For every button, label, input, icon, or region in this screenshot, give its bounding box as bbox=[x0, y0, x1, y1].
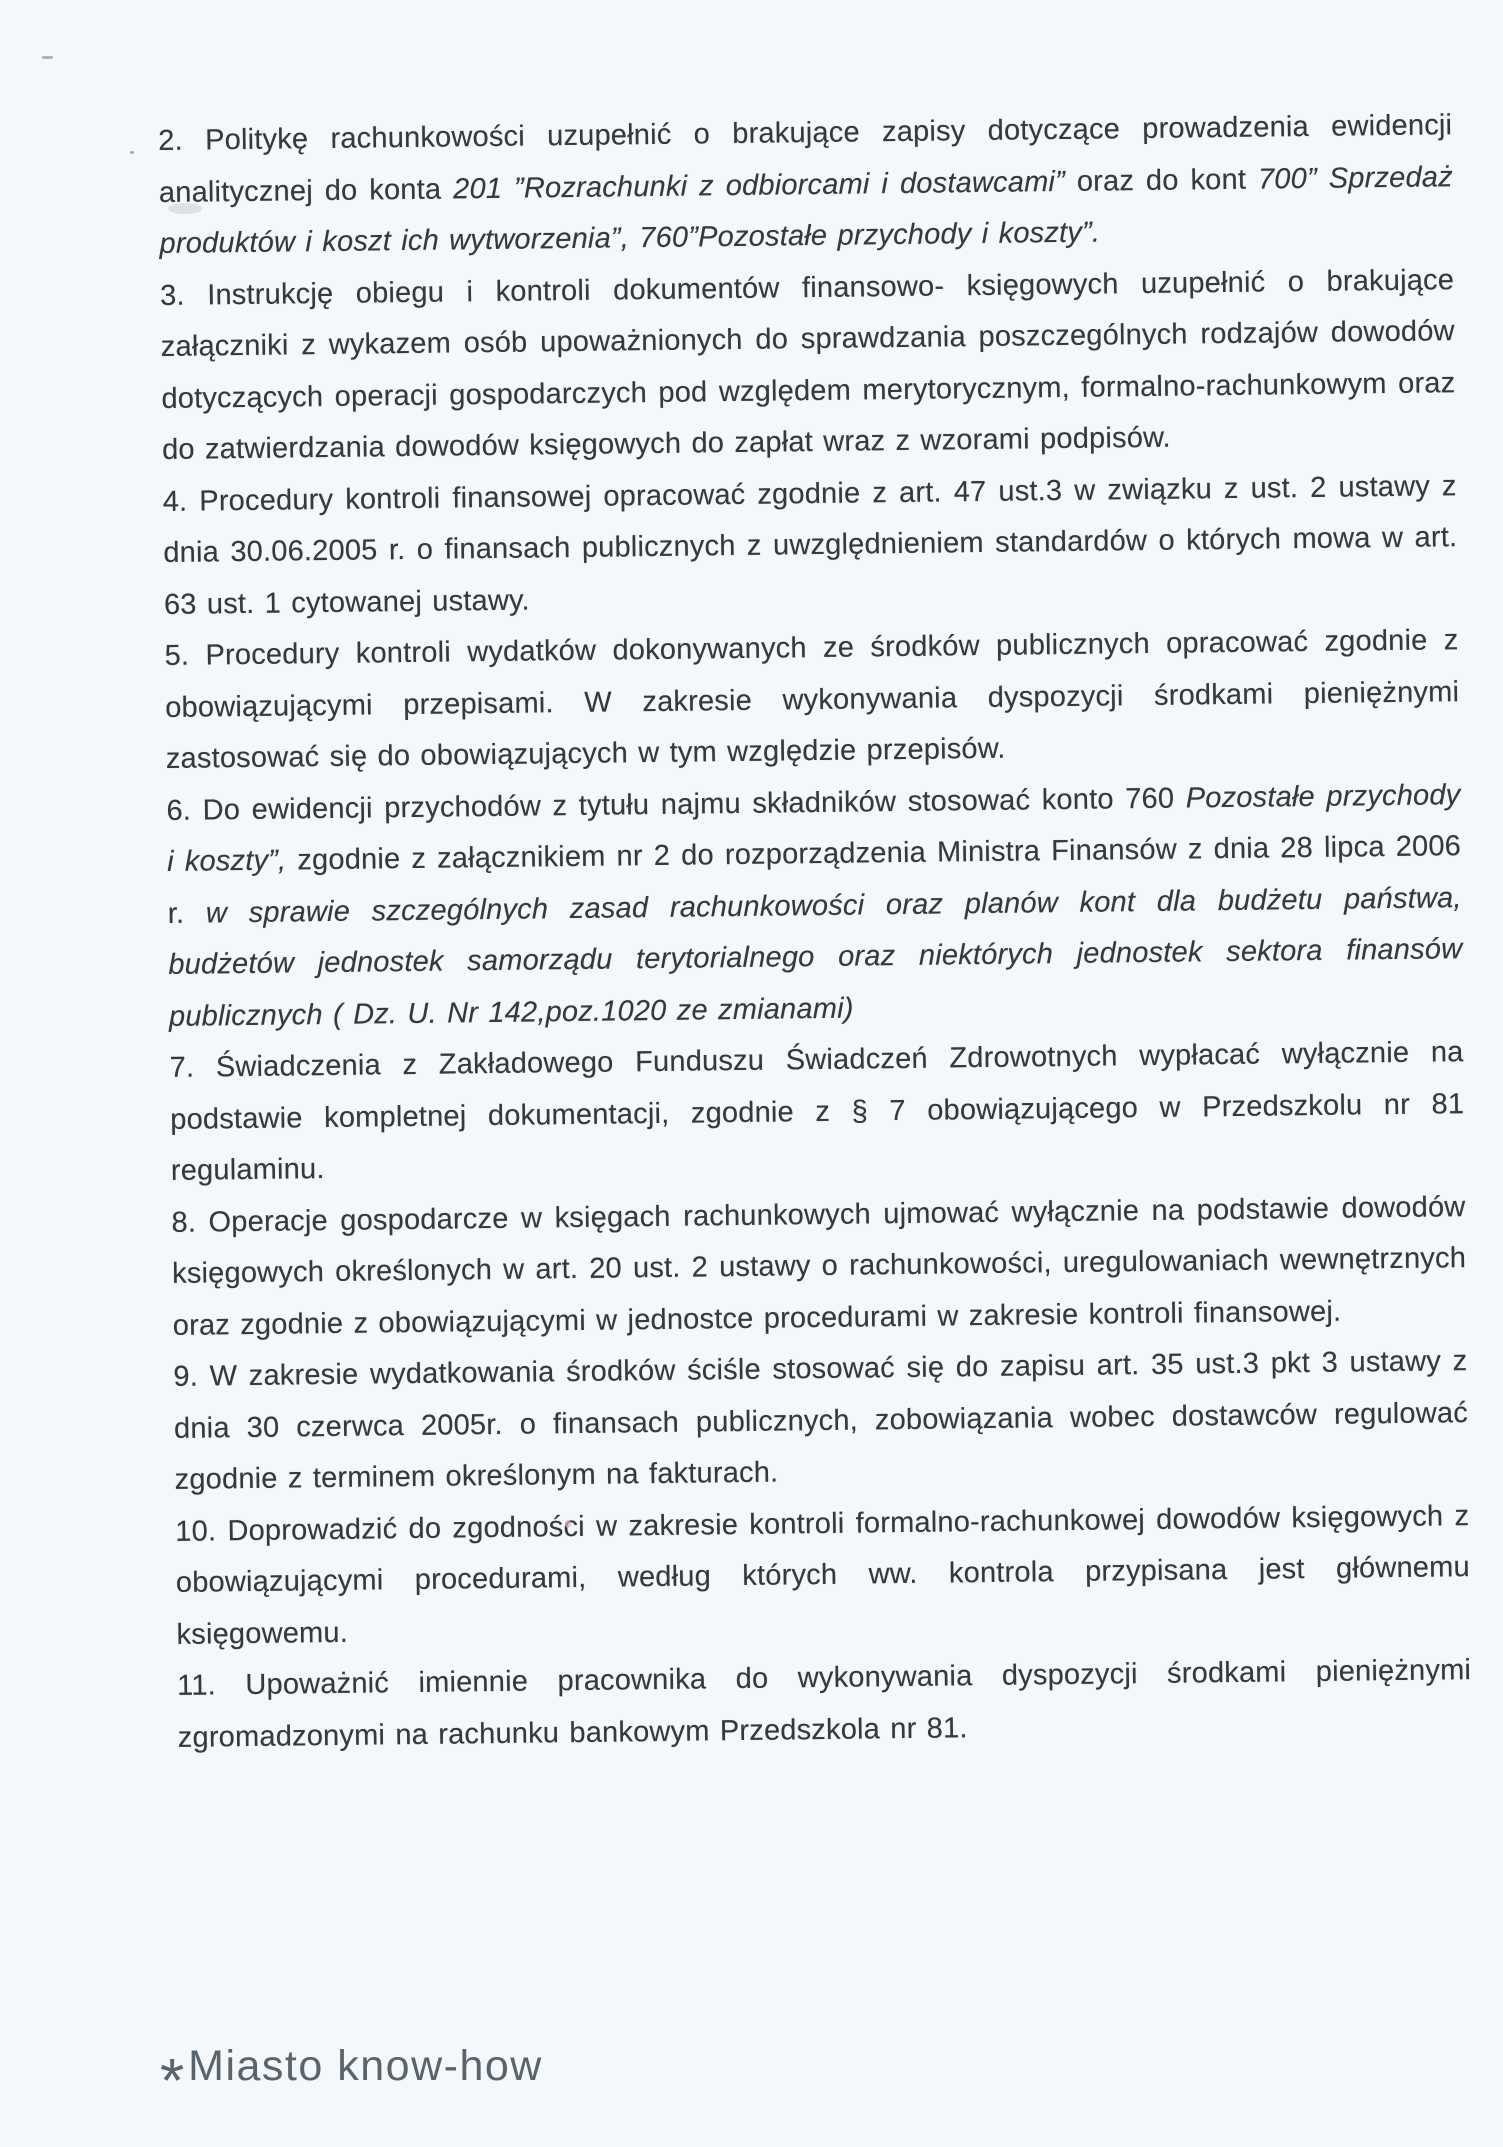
footer-logo: *Miasto know-how bbox=[160, 2042, 543, 2091]
paragraph-run: 11. Upoważnić imiennie pracownika do wyk… bbox=[177, 1654, 1471, 1753]
paragraph: 9. W zakresie wydatkowania środków ściśl… bbox=[173, 1336, 1469, 1506]
paragraph: 11. Upoważnić imiennie pracownika do wyk… bbox=[177, 1645, 1472, 1764]
document-text-block: 2. Politykę rachunkowości uzupełnić o br… bbox=[158, 100, 1472, 1764]
paragraph: 5. Procedury kontroli wydatków dokonywan… bbox=[164, 615, 1460, 785]
paragraph-run: 3. Instrukcję obiegu i kontroli dokument… bbox=[160, 264, 1456, 466]
paragraph: 8. Operacje gospodarcze w księgach rachu… bbox=[171, 1182, 1467, 1352]
paragraph-run: 5. Procedury kontroli wydatków dokonywan… bbox=[164, 624, 1459, 775]
scan-artifact bbox=[42, 56, 53, 59]
paragraph-run: 10. Doprowadzić do zgodności w zakresie … bbox=[175, 1500, 1470, 1651]
footer-logo-text: Miasto know-how bbox=[188, 2042, 543, 2090]
paragraph: 2. Politykę rachunkowości uzupełnić o br… bbox=[158, 100, 1454, 270]
paragraph-run: oraz do kont bbox=[1065, 163, 1258, 197]
scanned-document-page: 2. Politykę rachunkowości uzupełnić o br… bbox=[0, 0, 1503, 2147]
paragraph-run: 6. Do ewidencji przychodów z tytułu najm… bbox=[166, 782, 1186, 826]
paragraph: 4. Procedury kontroli finansowej opracow… bbox=[162, 461, 1458, 631]
paragraph-run-italic: 201 ”Rozrachunki z odbiorcami i dostawca… bbox=[453, 165, 1065, 204]
paragraph-run: 8. Operacje gospodarcze w księgach rachu… bbox=[171, 1191, 1466, 1342]
paragraph: 10. Doprowadzić do zgodności w zakresie … bbox=[175, 1491, 1471, 1661]
paragraph-run-italic: w sprawie szczególnych zasad rachunkowoś… bbox=[168, 882, 1462, 1033]
scan-artifact bbox=[168, 203, 202, 214]
paragraph-run: 9. W zakresie wydatkowania środków ściśl… bbox=[173, 1345, 1468, 1496]
paragraph: 3. Instrukcję obiegu i kontroli dokument… bbox=[160, 255, 1456, 477]
paragraph-run: 7. Świadczenia z Zakładowego Funduszu Św… bbox=[169, 1036, 1464, 1187]
paragraph: 6. Do ewidencji przychodów z tytułu najm… bbox=[166, 770, 1463, 1043]
scan-artifact bbox=[565, 1520, 571, 1528]
paragraph-run: 4. Procedury kontroli finansowej opracow… bbox=[163, 470, 1458, 621]
paragraph: 7. Świadczenia z Zakładowego Funduszu Św… bbox=[169, 1027, 1465, 1197]
scan-artifact bbox=[130, 151, 134, 154]
